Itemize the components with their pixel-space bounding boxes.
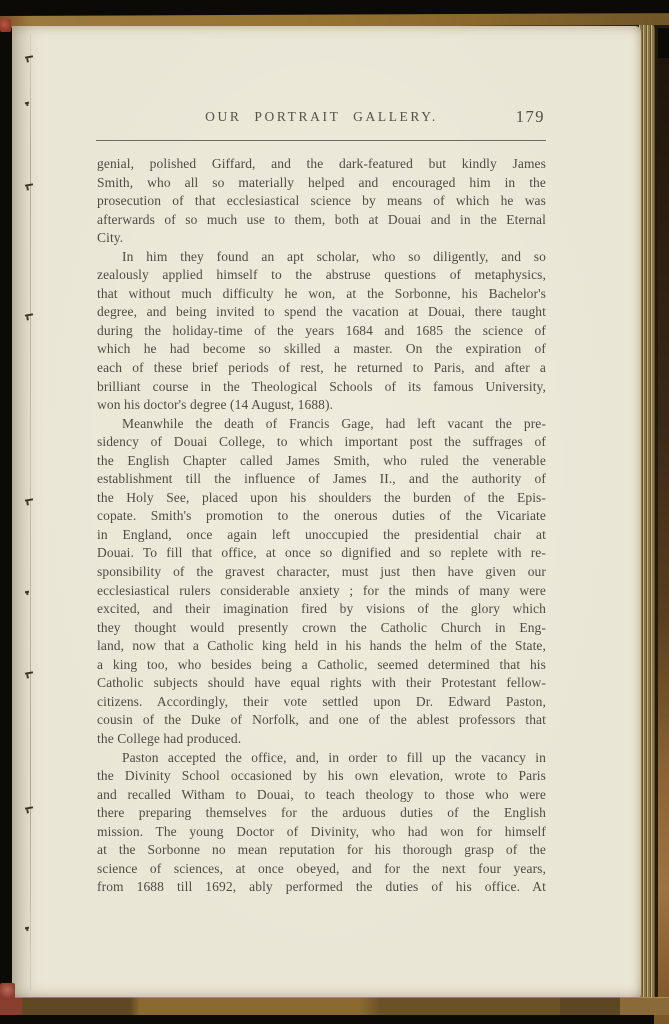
text-line: a king too, who besides being a Catholic… [97, 656, 546, 675]
text-line: which he had become so skilled a master.… [97, 340, 546, 359]
text-line: brilliant course in the Theological Scho… [97, 378, 546, 397]
text-line: cousin of the Duke of Norfolk, and one o… [97, 711, 546, 730]
text-line: sidency of Douai College, to which impor… [97, 433, 546, 452]
text-line: In him they found an apt scholar, who so… [97, 248, 546, 267]
text-line: copate. Smith's promotion to the onerous… [97, 507, 546, 526]
text-line: at the Sorbonne no mean reputation for h… [97, 841, 546, 860]
text-line: Douai. To fill that office, at once so d… [97, 544, 546, 563]
book-page: OUR PORTRAIT GALLERY. 179 genial, polish… [12, 26, 641, 998]
text-line: prosecution of that ecclesiastical scien… [97, 192, 546, 211]
stitch-mark [25, 671, 33, 674]
stitch-mark [25, 55, 33, 58]
text-line: Smith, who all so materially helped and … [97, 174, 546, 193]
binding-mark [0, 983, 15, 1000]
text-line: from 1688 till 1692, ably performed the … [97, 878, 546, 897]
text-line: there preparing themselves for the arduo… [97, 804, 546, 823]
text-line: they thought would presently crown the C… [97, 619, 546, 638]
text-line: land, now that a Catholic king held in h… [97, 637, 546, 656]
running-title: OUR PORTRAIT GALLERY. [97, 109, 546, 125]
stitch-mark [25, 313, 33, 316]
text-line: Paston accepted the office, and, in orde… [97, 749, 546, 768]
text-line: during the holiday-time of the years 168… [97, 322, 546, 341]
stitch-mark [25, 498, 33, 501]
book-bottom-edge [0, 997, 669, 1015]
text-line: the College had produced. [97, 730, 546, 749]
stitch-mark [25, 102, 29, 105]
text-line: science of sciences, at once obeyed, and… [97, 860, 546, 879]
text-line: won his doctor's degree (14 August, 1688… [97, 396, 546, 415]
text-line: the Holy See, placed upon his shoulders … [97, 489, 546, 508]
page-text: genial, polished Giffard, and the dark-f… [97, 155, 546, 897]
text-line: excited, and their imagination fired by … [97, 600, 546, 619]
text-line: degree, and being invited to spend the v… [97, 303, 546, 322]
text-line: Catholic subjects should have equal righ… [97, 674, 546, 693]
text-line: genial, polished Giffard, and the dark-f… [97, 155, 546, 174]
text-line: each of these brief periods of rest, he … [97, 359, 546, 378]
text-line: in England, once again left unoccupied t… [97, 526, 546, 545]
text-line: that without much difficulty he won, at … [97, 285, 546, 304]
header-rule [96, 140, 546, 141]
stitch-mark [25, 927, 29, 930]
stitch-mark [25, 806, 33, 809]
text-line: afterwards of so much use to them, both … [97, 211, 546, 230]
book-photo: OUR PORTRAIT GALLERY. 179 genial, polish… [0, 0, 669, 1024]
binding-mark [0, 19, 11, 32]
text-line: and recalled Witham to Douai, to teach t… [97, 786, 546, 805]
text-line: the English Chapter called James Smith, … [97, 452, 546, 471]
text-line: establishment till the influence of Jame… [97, 470, 546, 489]
text-line: zealously applied himself to the abstrus… [97, 266, 546, 285]
text-line: mission. The young Doctor of Divinity, w… [97, 823, 546, 842]
text-line: the Divinity School occasioned by his ow… [97, 767, 546, 786]
stitch-mark [25, 183, 33, 186]
gutter-line [30, 34, 31, 990]
text-line: citizens. Accordingly, their vote settle… [97, 693, 546, 712]
text-line: Meanwhile the death of Francis Gage, had… [97, 415, 546, 434]
text-line: City. [97, 229, 546, 248]
text-line: ecclesiastical rulers considerable anxie… [97, 582, 546, 601]
page-fore-edge [639, 25, 658, 997]
page-header: OUR PORTRAIT GALLERY. 179 [97, 109, 546, 129]
stitch-mark [25, 591, 29, 594]
page-number: 179 [516, 107, 545, 127]
text-line: sponsibility of the gravest character, m… [97, 563, 546, 582]
